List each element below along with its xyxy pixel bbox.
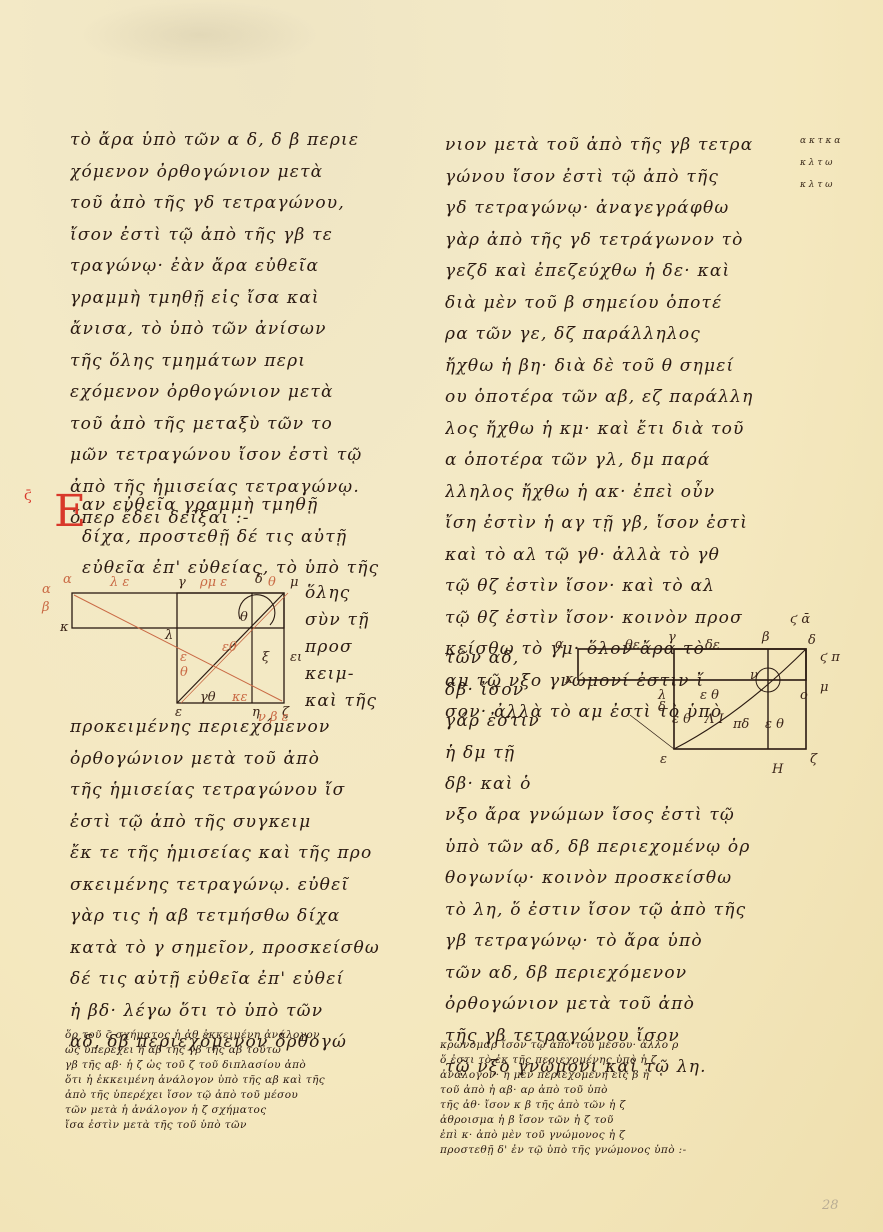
text-line: λος ἤχθω ἡ κμ· καὶ ἔτι διὰ τοῦ [445, 414, 780, 446]
text-line: τῆς ὅλης τμημάτων περι [70, 346, 380, 378]
text-line: τῶν αδ, δβ περιεχόμενον [445, 958, 780, 990]
figure-label: β [762, 630, 770, 645]
text-line: ἡ δμ τῇ [445, 738, 565, 770]
left-scholia: ὅρ τοῦ ϛ̄ σχήματος ἡ ἀθ ἐκκειμένη ἀνάλογ… [65, 1028, 375, 1133]
text-line: ἐπὶ κ· ἀπὸ μὲν τοῦ γνώμονος ἡ ζ [440, 1128, 820, 1143]
figure-label: α [63, 572, 72, 587]
text-line: ἐστὶ τῷ ἀπὸ τῆς συγκειμ [70, 807, 380, 839]
figure-label: μ [290, 575, 298, 590]
figure-label: ε θ [672, 712, 691, 727]
parchment-stain [80, 0, 320, 70]
text-line: εχόμενον ὀρθογώνιον μετὰ [70, 377, 380, 409]
figure-label: ν [750, 668, 758, 683]
text-line: ἀθροισμα ἡ β ἴσον τῶν ἡ ζ τοῦ [440, 1113, 820, 1128]
figure-label: ϛ π [820, 650, 840, 665]
text-line: σκειμένης τετραγώνῳ. εὐθεῖ [70, 870, 380, 902]
right-column: νιον μετὰ τοῦ ἀπὸ τῆς γβ τετραγώνου ἴσον… [445, 130, 780, 729]
text-line: δέ τις αὐτῇ εὐθεῖα ἐπ' εὐθεί [70, 964, 380, 996]
proposition-text: αν εὐθεῖα γραμμὴ τμηθῇδίχα, προστεθῇ δέ … [82, 490, 392, 585]
right-scholia: κρωνομαρ ἴσον τῷ ἀπὸ τοῦ μέσου· ἀλλο ρὅ … [440, 1038, 820, 1158]
figure-label: μ [820, 680, 828, 695]
text-line: δβ· καὶ ὁ [445, 769, 565, 801]
rubric-marker: ϛ̄ [24, 488, 32, 504]
text-line: ὅτι ἡ ἐκκειμένη ἀνάλογον ὑπὸ τῆς αβ καὶ … [65, 1073, 375, 1088]
text-line: καὶ τῆς [305, 688, 385, 715]
figure-label: ο [800, 688, 808, 703]
text-line: γβ τετραγώνῳ· τὸ ἄρα ὑπὸ [445, 926, 780, 958]
text-line: ἀπὸ τῆς ὑπερέχει ἴσον τῷ ἀπὸ τοῦ μέσου [65, 1088, 375, 1103]
text-line: τῶν μετὰ ἡ ἀνάλογον ἡ ζ σχήματος [65, 1103, 375, 1118]
text-line: ἔκ τε τῆς ἡμισείας καὶ τῆς προ [70, 838, 380, 870]
text-line: γεζδ καὶ ἐπεζεύχθω ἡ δε· καὶ [445, 256, 780, 288]
text-line: χόμενον ὀρθογώνιον μετὰ [70, 157, 380, 189]
text-line: τὸ ἄρα ὑπὸ τῶν α δ, δ β περιε [70, 125, 380, 157]
text-line: προστεθῇ δ' ἐν τῷ ὑπὸ τῆς γνώμονος ὑπὸ :… [440, 1143, 820, 1158]
figure-label: α [42, 582, 51, 597]
figure-label: γθ [200, 690, 216, 705]
text-line: τῆς ἀθ· ἴσον κ β τῆς ἀπὸ τῶν ἡ ζ [440, 1098, 820, 1113]
text-line: ὅρ τοῦ ϛ̄ σχήματος ἡ ἀθ ἐκκειμένη ἀνάλογ… [65, 1028, 375, 1043]
figure-label: ε [660, 752, 667, 767]
folio-number: 28 [822, 1198, 839, 1213]
text-line: γὰρ τις ἡ αβ τετμήσθω δίχα [70, 901, 380, 933]
figure-label: β [42, 600, 50, 615]
text-line: θογωνίῳ· κοινὸν προσκείσθω [445, 863, 780, 895]
figure-label: γ [178, 575, 186, 590]
text-line: ρα τῶν γε, δζ παράλληλος [445, 319, 780, 351]
text-line: τῷ θζ ἐστὶν ἴσον· καὶ τὸ αλ [445, 571, 780, 603]
figure-label: ε θ [700, 688, 719, 703]
right-geometric-figure [570, 645, 810, 760]
margin-note: κ λ τ ω [800, 157, 833, 170]
figure-label: ε [180, 650, 187, 665]
figure-label: θ [268, 575, 276, 590]
text-line: τοῦ ἀπὸ τῆς γδ τετραγώνου, [70, 188, 380, 220]
text-line: ὅ ἐστι τὸ ἐκ τῆς περιεχομένης ὑπὸ ἡ ζ [440, 1053, 820, 1068]
text-line: ἀνάλογον· ἡ μὲν περιεχομένη εἰς β ἡ [440, 1068, 820, 1083]
figure-label: θε [625, 638, 640, 653]
text-line: ἡ βδ· λέγω ὅτι τὸ ὑπὸ τῶν [70, 996, 380, 1028]
figure-label: ρμ ε [200, 575, 227, 590]
figure-label: δ [658, 700, 666, 715]
figure-label: ει [290, 650, 302, 665]
text-line: γδ τετραγώνῳ· ἀναγεγράφθω [445, 193, 780, 225]
text-line: σὺν τῇ [305, 607, 385, 634]
figure-label: λ ε [110, 575, 129, 590]
manuscript-page: τὸ ἄρα ὑπὸ τῶν α δ, δ β περιεχόμενον ὀρθ… [0, 0, 883, 1232]
figure-label: λ [165, 628, 173, 643]
figure-label: θ [180, 665, 188, 680]
text-line: ἴσα ἐστὶν μετὰ τῆς τοῦ ὑπὸ τῶν [65, 1118, 375, 1133]
text-line: κρωνομαρ ἴσον τῷ ἀπὸ τοῦ μέσου· ἀλλο ρ [440, 1038, 820, 1053]
text-line: δίχα, προστεθῇ δέ τις αὐτῇ [82, 522, 392, 554]
text-line: νιον μετὰ τοῦ ἀπὸ τῆς γβ τετρα [445, 130, 780, 162]
text-line: αν εὐθεῖα γραμμὴ τμηθῇ [82, 490, 392, 522]
figure-label: κ [565, 672, 574, 687]
left-geometric-figure [60, 585, 300, 710]
figure-label: δ [255, 572, 263, 587]
text-line: γώνου ἴσον ἐστὶ τῷ ἀπὸ τῆς [445, 162, 780, 194]
text-line: ἴση ἐστὶν ἡ αγ τῇ γβ, ἴσον ἐστὶ [445, 508, 780, 540]
text-line: τῆς ἡμισείας τετραγώνου ἴσ [70, 775, 380, 807]
text-line: ἤχθω ἡ βη· διὰ δὲ τοῦ θ σημεί [445, 351, 780, 383]
figure-label: Η [772, 762, 783, 777]
text-line: ὀρθογώνιον μετὰ τοῦ ἀπὸ [70, 744, 380, 776]
text-line: γὰρ ἀπὸ τῆς γδ τετράγωνον τὸ [445, 225, 780, 257]
figure-label: Λ Ι [705, 712, 724, 727]
text-line: τραγώνῳ· ἐὰν ἄρα εὐθεῖα [70, 251, 380, 283]
text-line: μῶν τετραγώνου ἴσον ἐστὶ τῷ [70, 440, 380, 472]
left-beside-figure: ὅληςσὺν τῇπροσκειμ-καὶ τῆς [305, 580, 385, 715]
figure-label: δε [705, 638, 720, 653]
text-line: ἄνισα, τὸ ὑπὸ τῶν ἀνίσων [70, 314, 380, 346]
figure-label: πδ [733, 717, 749, 732]
figure-label: κε [232, 690, 248, 705]
margin-note: κ λ τ ω [800, 179, 833, 192]
figure-label: δ [808, 633, 816, 648]
text-line: λληλος ἤχθω ἡ ακ· ἐπεὶ οὖν [445, 477, 780, 509]
text-line: γραμμὴ τμηθῇ εἰς ἴσα καὶ [70, 283, 380, 315]
figure-label: γ [668, 630, 676, 645]
figure-label: εθ [222, 640, 237, 655]
figure-label: κ [60, 620, 69, 635]
text-line: ου ὁποτέρα τῶν αβ, εζ παράλλη [445, 382, 780, 414]
text-line: τὸ λη, ὅ ἐστιν ἴσον τῷ ἀπὸ τῆς [445, 895, 780, 927]
text-line: ὡς ὑπερέχει ἡ αβ τῆς γβ τῆς αβ τοῦτω [65, 1043, 375, 1058]
figure-label: ε θ [765, 717, 784, 732]
text-line: τοῦ ἀπὸ ἡ αβ· αρ ἀπὸ τοῦ ὑπὸ [440, 1083, 820, 1098]
text-line: τῶν αδ, [445, 643, 565, 675]
text-line: κατὰ τὸ γ σημεῖον, προσκείσθω [70, 933, 380, 965]
left-column-continued: προκειμένης περιεχόμενονὀρθογώνιον μετὰ … [70, 712, 380, 1059]
figure-label: ζ [810, 752, 817, 767]
text-line: διὰ μὲν τοῦ β σημείου ὁποτέ [445, 288, 780, 320]
left-column: τὸ ἄρα ὑπὸ τῶν α δ, δ β περιεχόμενον ὀρθ… [70, 125, 380, 535]
figure-label: θ [240, 610, 248, 625]
text-line: α ὁποτέρα τῶν γλ, δμ παρά [445, 445, 780, 477]
text-line: ὅλης [305, 580, 385, 607]
text-line: ὀρθογώνιον μετὰ τοῦ ἀπὸ [445, 989, 780, 1021]
text-line: κειμ- [305, 661, 385, 688]
text-line: προσ [305, 634, 385, 661]
margin-note: α κ τ κ α [800, 135, 840, 148]
figure-label: ξ [262, 650, 269, 665]
text-line: γάρ ἐστιν [445, 706, 565, 738]
text-line: τῷ θζ ἐστὶν ἴσον· κοινὸν προσ [445, 603, 780, 635]
text-line: ἴσον ἐστὶ τῷ ἀπὸ τῆς γβ τε [70, 220, 380, 252]
right-beside-figure: τῶν αδ,δβ· ἴσονγάρ ἐστινἡ δμ τῇδβ· καὶ ὁ [445, 643, 565, 801]
text-line: νξο ἄρα γνώμων ἴσος ἐστὶ τῷ [445, 800, 780, 832]
text-line: δβ· ἴσον [445, 675, 565, 707]
figure-label: ϛ ᾱ [790, 612, 810, 627]
text-line: ὑπὸ τῶν αδ, δβ περιεχομένῳ ὀρ [445, 832, 780, 864]
text-line: τοῦ ἀπὸ τῆς μεταξὺ τῶν το [70, 409, 380, 441]
text-line: προκειμένης περιεχόμενον [70, 712, 380, 744]
text-line: γβ τῆς αβ· ἡ ζ ὡς τοῦ ζ τοῦ διπλασίου ἀπ… [65, 1058, 375, 1073]
text-line: καὶ τὸ αλ τῷ γθ· ἀλλὰ τὸ γθ [445, 540, 780, 572]
